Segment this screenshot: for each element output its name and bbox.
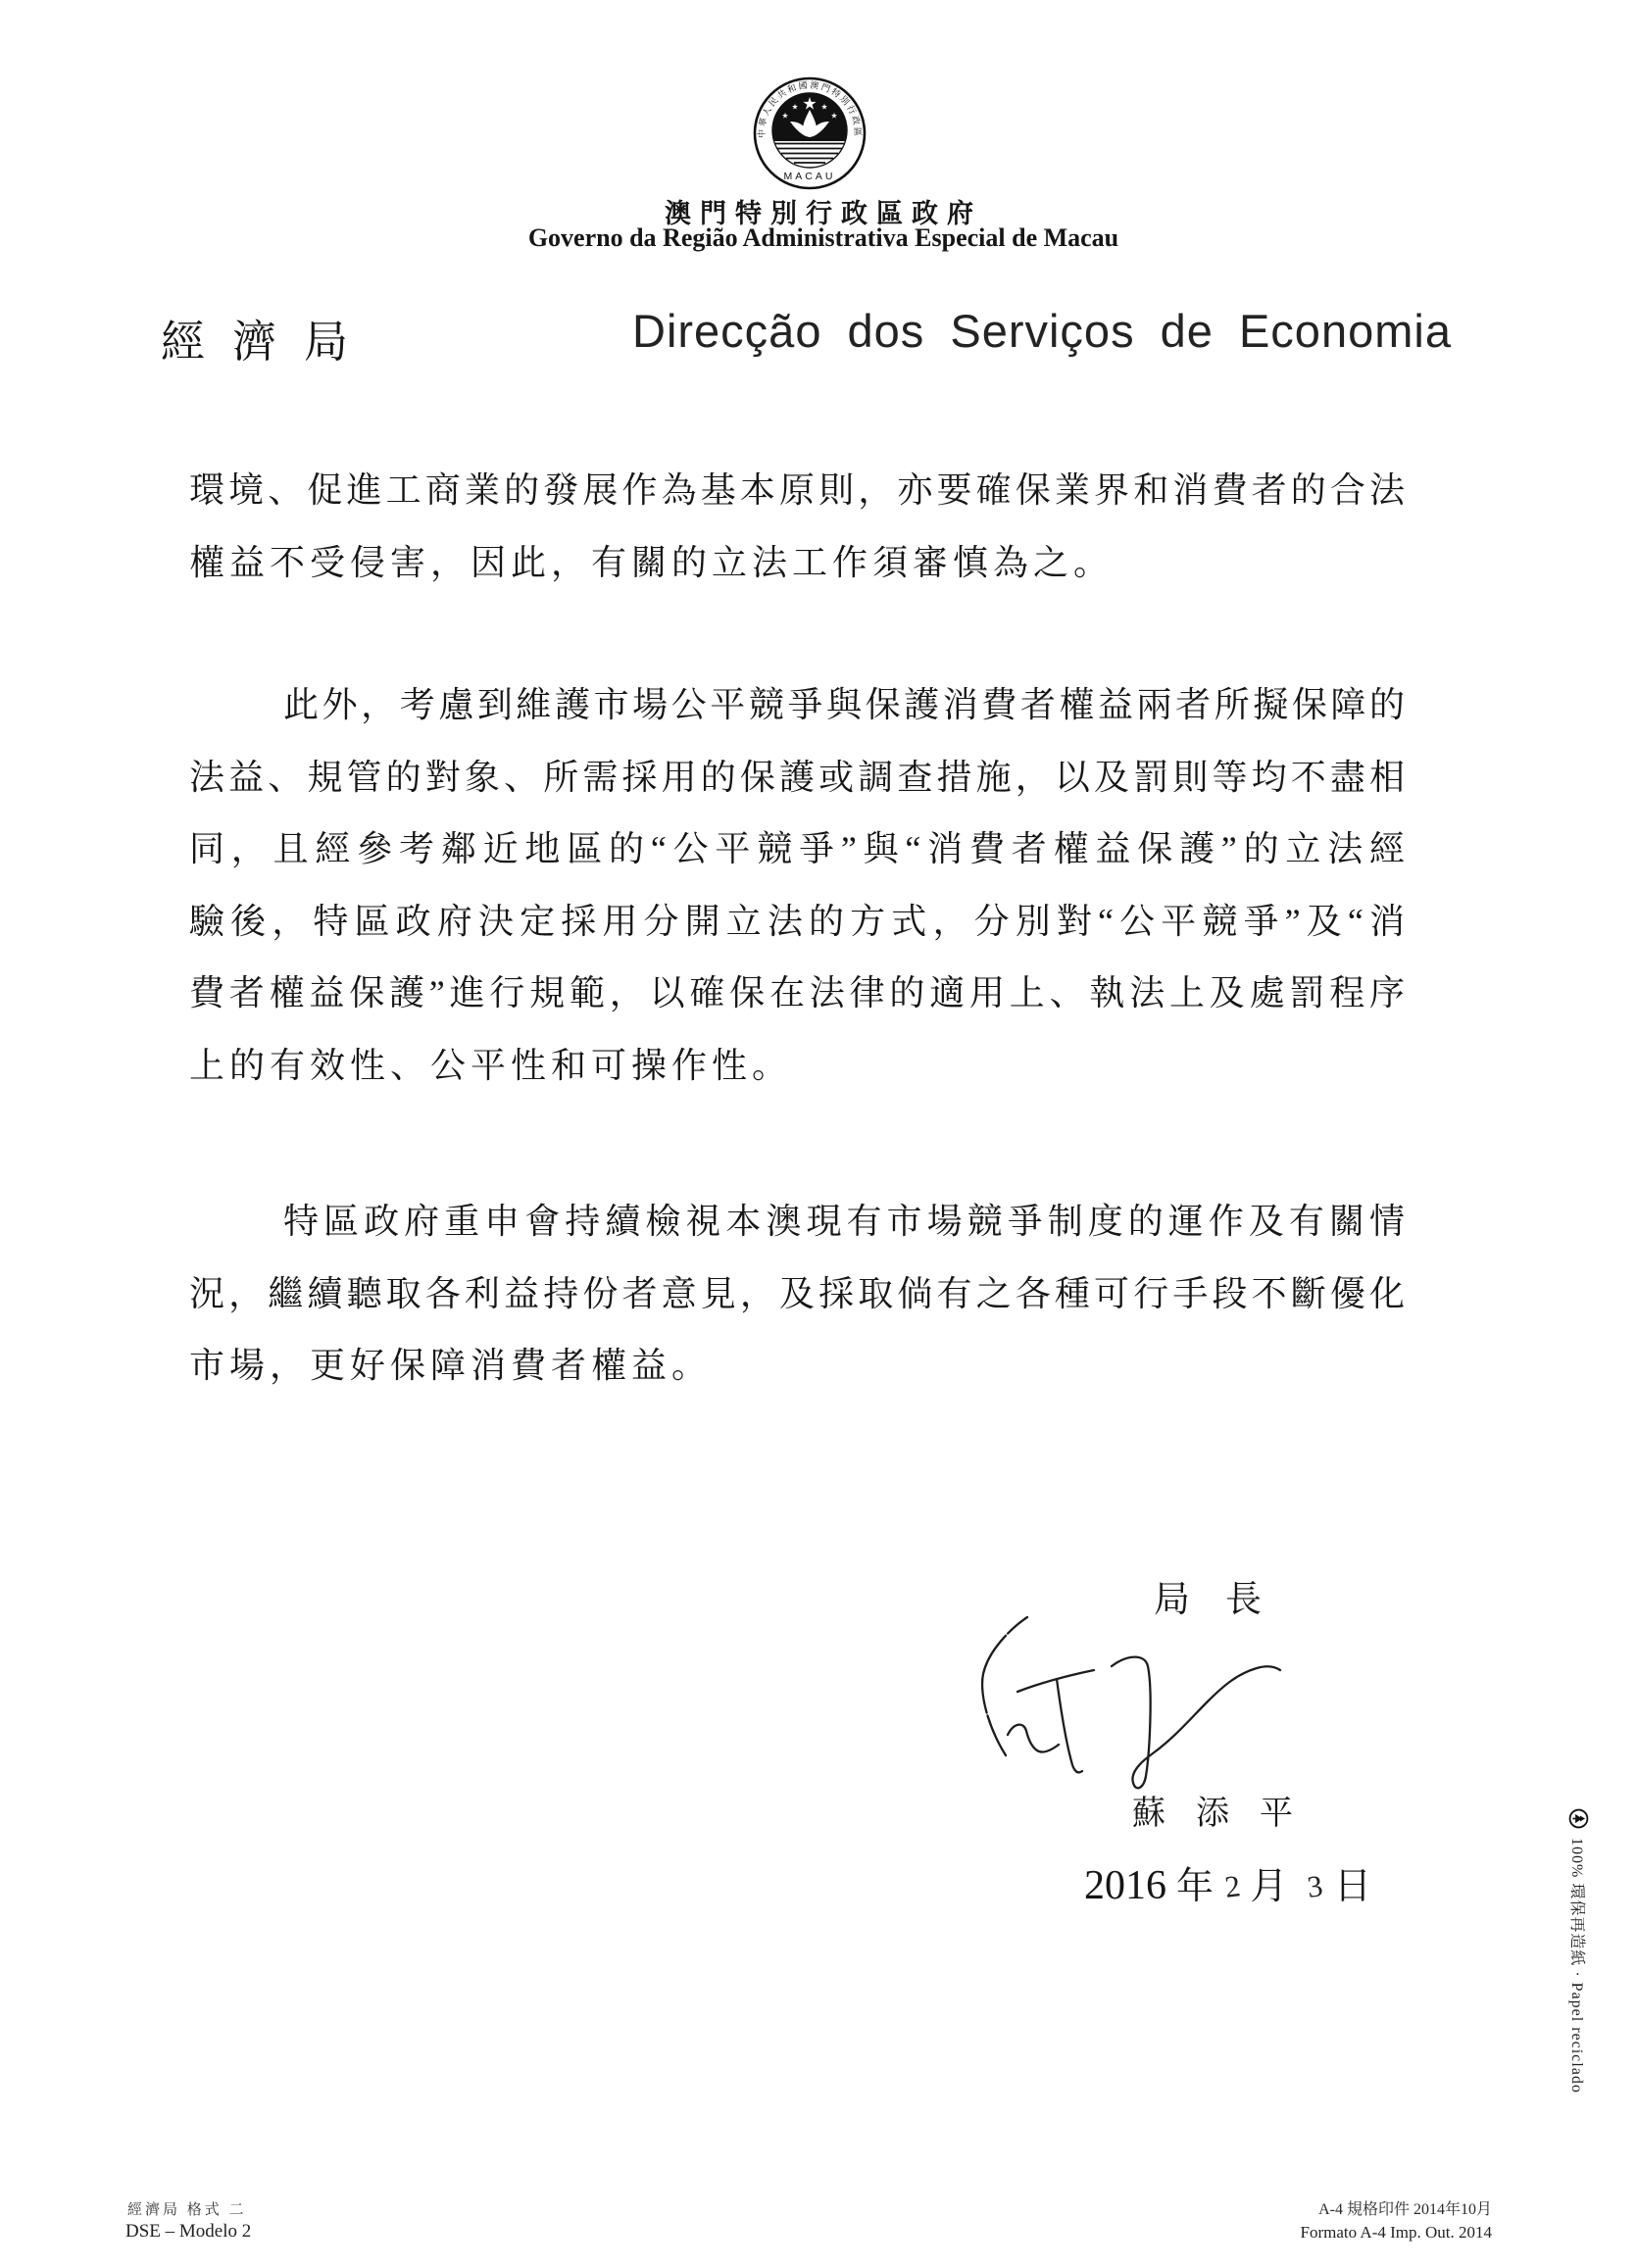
signatory-name: 蘇添平 xyxy=(1132,1786,1323,1834)
body-line: 同，且經參考鄰近地區的“公平競爭”與“消費者權益保護”的立法經 xyxy=(189,814,1405,886)
date-day-unit: 日 xyxy=(1334,1855,1371,1909)
footer-print-spec-pt: Formato A-4 Imp. Out. 2014 xyxy=(1098,2223,1492,2243)
date-month-unit: 月 xyxy=(1251,1855,1288,1909)
footer-print-spec-zh: A-4 規格印件 2014年10月 xyxy=(1098,2196,1492,2219)
footer-form-code-zh: 經濟局 格式 二 xyxy=(127,2198,247,2219)
department-name-zh: 經濟局 xyxy=(161,306,375,370)
department-name-pt: Direcção dos Serviços de Economia xyxy=(632,304,1452,358)
letter-page: 中華人民共和國澳門特別行政區 MACAU 澳門特別行政區政府 xyxy=(0,0,1636,2268)
date-year: 2016 xyxy=(1084,1863,1166,1908)
body-line: 況，繼續聽取各利益持份者意見，及採取倘有之各種可行手段不斷優化 xyxy=(189,1258,1405,1331)
footer-print-spec: A-4 規格印件 2014年10月 Formato A-4 Imp. Out. … xyxy=(1098,2196,1492,2243)
body-paragraph: 特區政府重申會持續檢視本澳現有市場競爭制度的運作及有關情況，繼續聽取各利益持份者… xyxy=(189,1186,1405,1403)
body-paragraph: 環境、促進工商業的發展作為基本原則，亦要確保業界和消費者的合法權益不受侵害，因此… xyxy=(189,455,1405,599)
body-line: 市場，更好保障消費者權益。 xyxy=(189,1330,1405,1403)
body-line: 費者權益保護”進行規範，以確保在法律的適用上、執法上及處罰程序 xyxy=(189,958,1405,1030)
body-line: 權益不受侵害，因此，有關的立法工作須審慎為之。 xyxy=(189,527,1405,600)
body-line: 此外，考慮到維護市場公平競爭與保護消費者權益兩者所擬保障的 xyxy=(189,669,1405,742)
date-year-unit: 年 xyxy=(1176,1855,1214,1909)
date-month-handwritten: 2 xyxy=(1223,1868,1243,1905)
government-title-pt: Governo da Região Administrativa Especia… xyxy=(431,223,1215,253)
recycled-paper-text: 100% 環保再造紙 · Papel reciclado xyxy=(1568,1838,1585,2094)
recycled-paper-note: 100% 環保再造紙 · Papel reciclado xyxy=(1567,1808,1590,2094)
signature-date: 2016年2月3日 xyxy=(1084,1855,1371,1909)
body-paragraph: 此外，考慮到維護市場公平競爭與保護消費者權益兩者所擬保障的法益、規管的對象、所需… xyxy=(189,669,1405,1102)
signature-scribble xyxy=(951,1598,1304,1803)
recycle-icon xyxy=(1568,1808,1589,1829)
body-line: 上的有效性、公平性和可操作性。 xyxy=(189,1030,1405,1103)
body-line: 環境、促進工商業的發展作為基本原則，亦要確保業界和消費者的合法 xyxy=(189,455,1405,527)
macau-government-emblem: 中華人民共和國澳門特別行政區 MACAU xyxy=(751,74,868,192)
footer-form-code-pt: DSE – Modelo 2 xyxy=(125,2221,251,2243)
body-line: 法益、規管的對象、所需採用的保護或調查措施，以及罰則等均不盡相 xyxy=(189,742,1405,814)
body-line: 驗後，特區政府決定採用分開立法的方式，分別對“公平競爭”及“消 xyxy=(189,886,1405,959)
body-text: 環境、促進工商業的發展作為基本原則，亦要確保業界和消費者的合法權益不受侵害，因此… xyxy=(189,455,1405,1403)
date-day-handwritten: 3 xyxy=(1305,1868,1324,1905)
emblem-macau-label: MACAU xyxy=(784,171,836,182)
body-line: 特區政府重申會持續檢視本澳現有市場競爭制度的運作及有關情 xyxy=(189,1186,1405,1258)
